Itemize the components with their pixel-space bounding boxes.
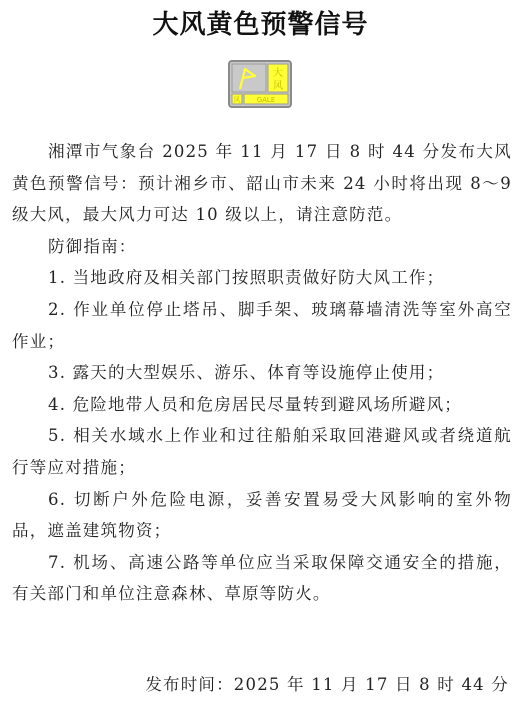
warning-intro: 湘潭市气象台 2025 年 11 月 17 日 8 时 44 分发布大风黄色预警… <box>12 136 512 231</box>
guide-item: 3. 露天的大型娱乐、游乐、体育等设施停止使用； <box>12 357 512 389</box>
guide-item: 4. 危险地带人员和危房居民尽量转到避风场所避风； <box>12 389 512 421</box>
page-title: 大风黄色预警信号 <box>0 8 521 42</box>
guide-item: 7. 机场、高速公路等单位应当采取保障交通安全的措施，有关部门和单位注意森林、草… <box>12 547 512 610</box>
svg-text:大: 大 <box>273 66 283 79</box>
svg-text:风: 风 <box>273 80 283 92</box>
guide-item: 6. 切断户外危险电源，妥善安置易受大风影响的室外物品，遮盖建筑物资； <box>12 484 512 547</box>
guide-item: 1. 当地政府及相关部门按照职责做好防大风工作； <box>12 262 512 294</box>
release-time: 发布时间：2025 年 11 月 17 日 8 时 44 分 <box>145 670 509 700</box>
warning-body: 湘潭市气象台 2025 年 11 月 17 日 8 时 44 分发布大风黄色预警… <box>12 136 512 610</box>
guide-item: 5. 相关水域水上作业和过往船舶采取回港避风或者绕道航行等应对措施； <box>12 420 512 483</box>
svg-text:风: 风 <box>234 95 241 104</box>
guide-heading: 防御指南： <box>12 231 512 263</box>
svg-text:GALE: GALE <box>257 96 276 104</box>
gale-yellow-warning-icon: 大 风 风 GALE <box>228 60 292 108</box>
guide-item: 2. 作业单位停止塔吊、脚手架、玻璃幕墙清洗等室外高空作业； <box>12 294 512 357</box>
